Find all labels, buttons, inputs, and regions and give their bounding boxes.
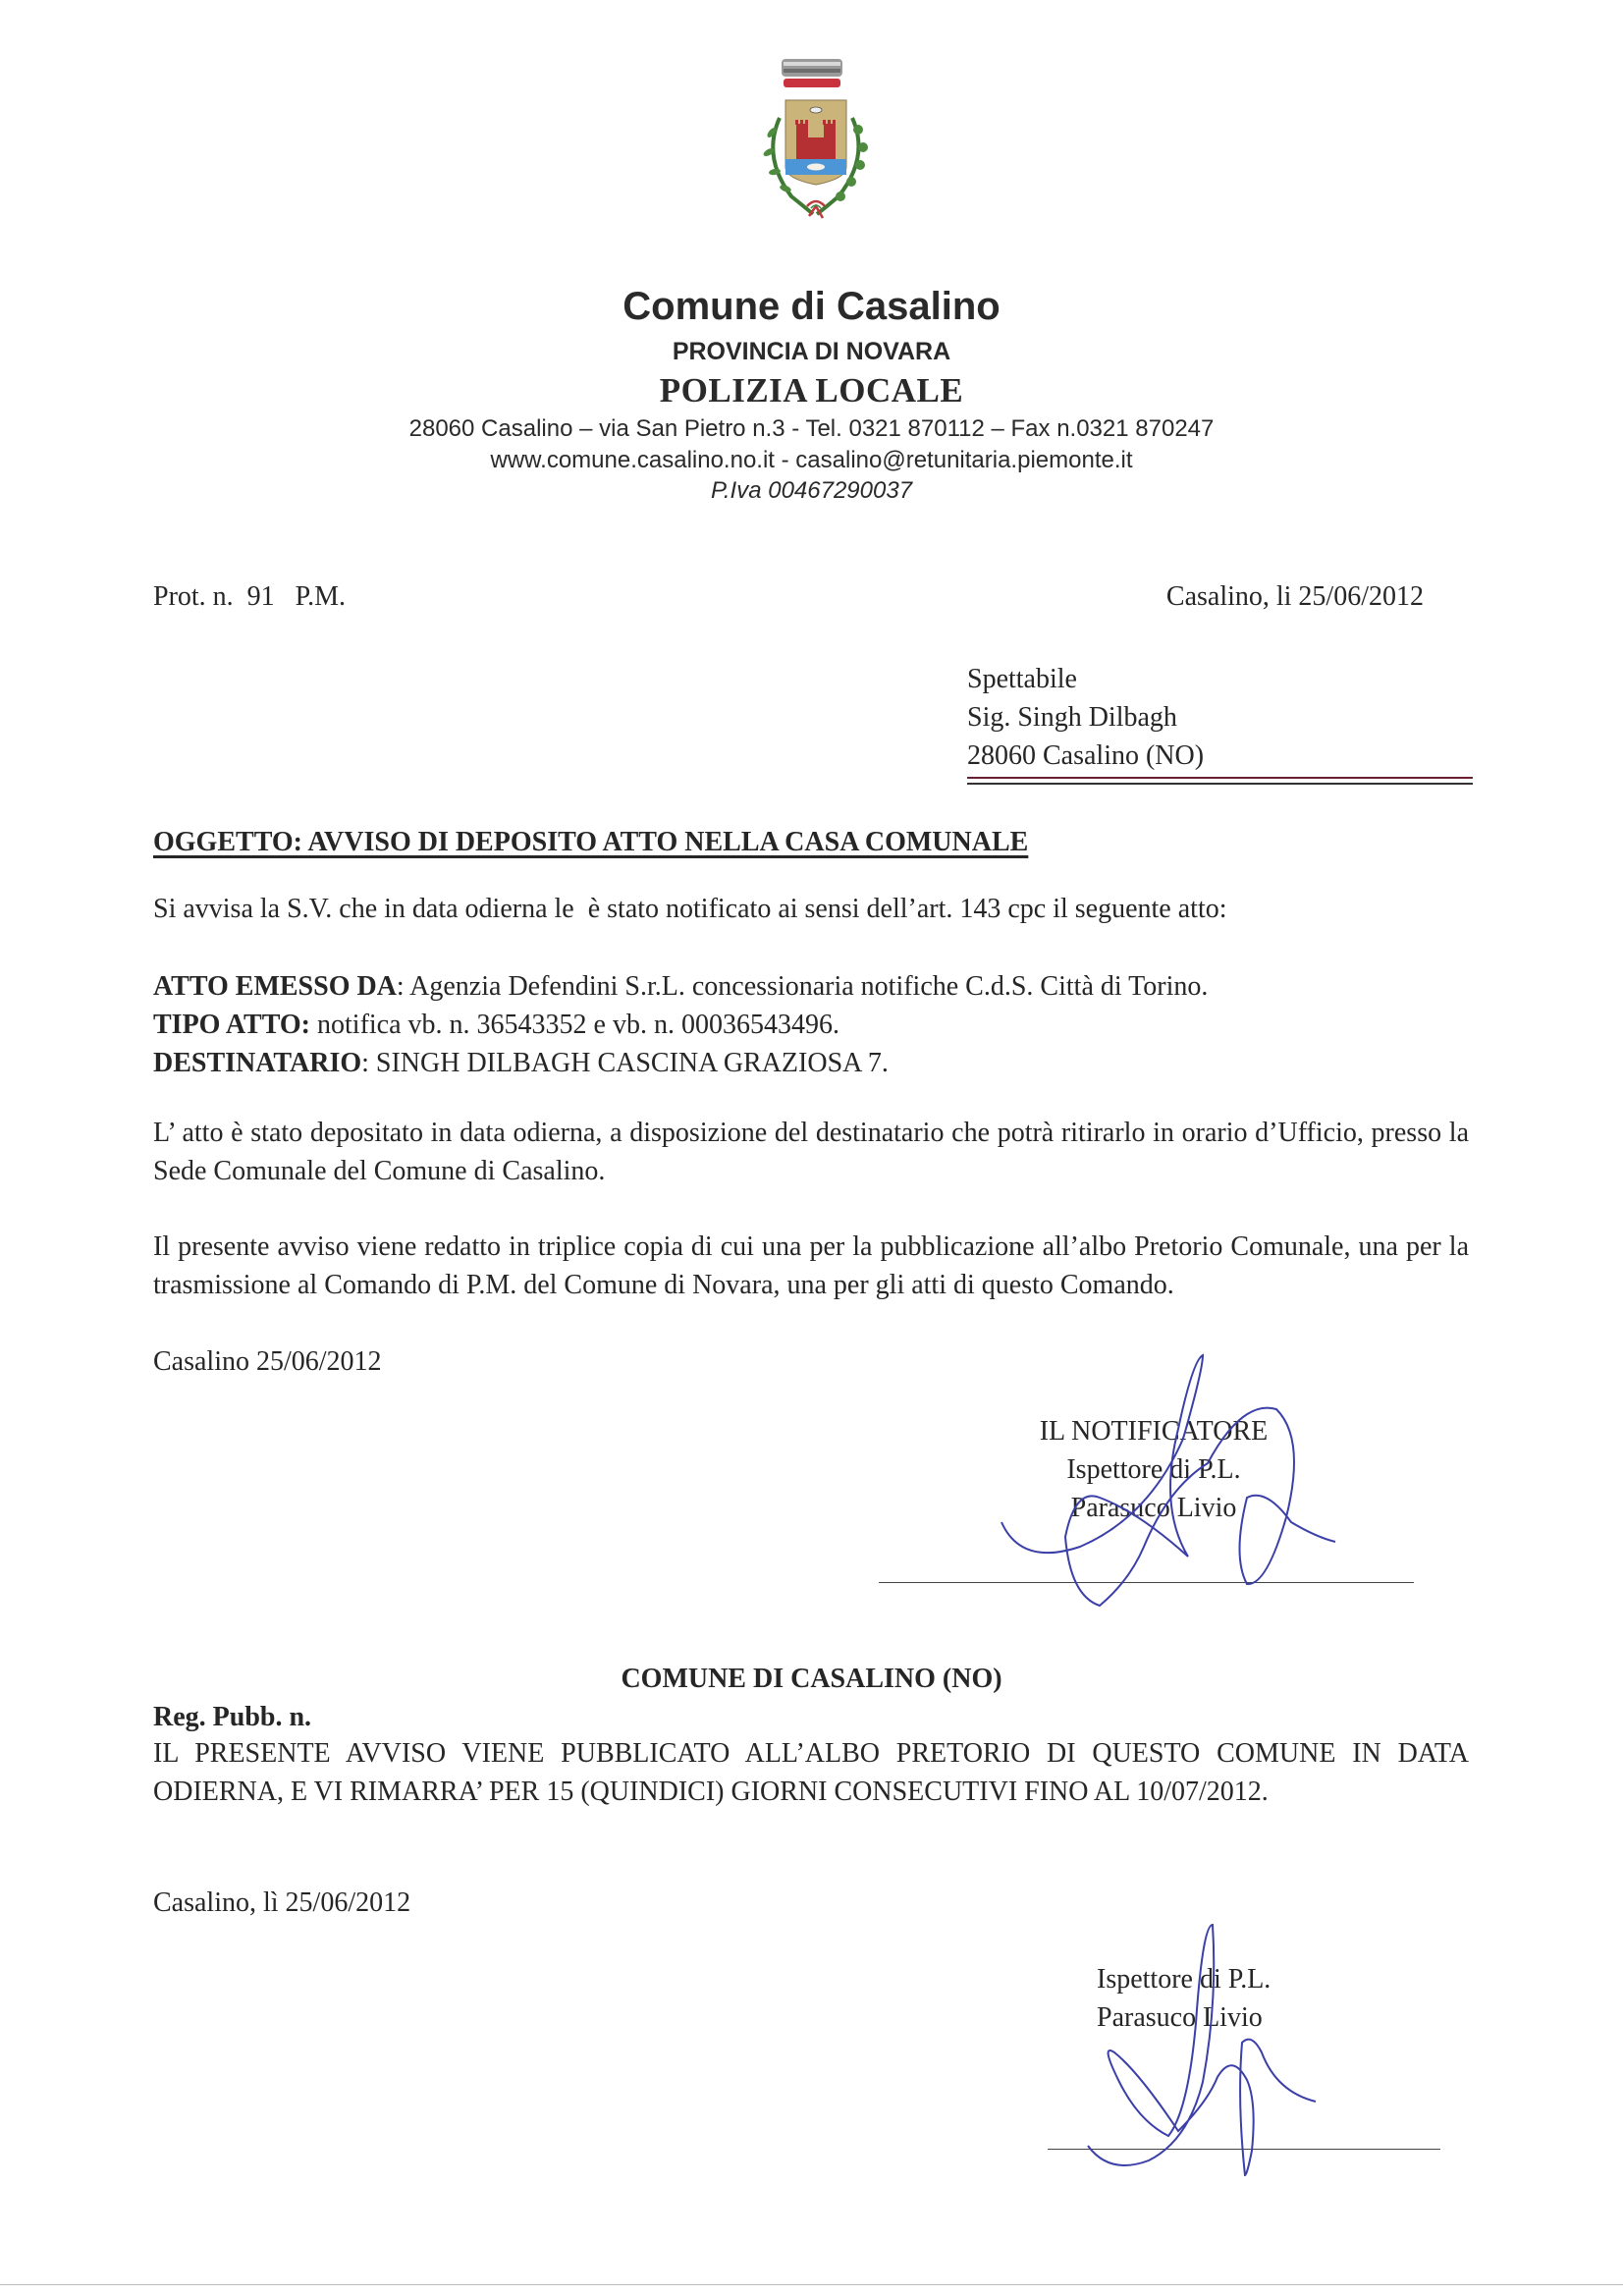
scan-edge — [0, 2284, 1623, 2285]
publication-date: Casalino, lì 25/06/2012 — [153, 1884, 410, 1922]
notifier-name: Parasuco Livio — [992, 1489, 1316, 1527]
municipal-crest-icon — [723, 59, 899, 231]
notifier-signature-block: IL NOTIFICATORE Ispettore di P.L. Parasu… — [992, 1412, 1316, 1527]
notifier-title: Ispettore di P.L. — [992, 1450, 1316, 1489]
act-issuer-value: : Agenzia Defendini S.r.L. concessionari… — [397, 971, 1208, 1002]
web-email-line: www.comune.casalino.no.it - casalino@ret… — [0, 447, 1623, 474]
letter-date: Casalino, li 25/06/2012 — [1166, 577, 1424, 616]
province-name: PROVINCIA DI NOVARA — [0, 338, 1623, 366]
office-name: POLIZIA LOCALE — [0, 371, 1623, 410]
municipality-name: Comune di Casalino — [0, 285, 1623, 329]
act-recipient-label: DESTINATARIO — [153, 1048, 361, 1078]
act-type-row: TIPO ATTO: notifica vb. n. 36543352 e vb… — [153, 1006, 1208, 1044]
notifier-role: IL NOTIFICATORE — [992, 1412, 1316, 1450]
publication-title: COMUNE DI CASALINO (NO) — [0, 1660, 1623, 1698]
recipient-name: Sig. Singh Dilbagh — [967, 698, 1204, 737]
protocol-number: Prot. n. 91 P.M. — [153, 577, 346, 616]
recipient-city: 28060 Casalino (NO) — [967, 737, 1204, 775]
act-type-value: notifica vb. n. 36543352 e vb. n. 000365… — [310, 1010, 839, 1040]
copies-paragraph: Il presente avviso viene redatto in trip… — [153, 1228, 1469, 1304]
recipient-block: Spettabile Sig. Singh Dilbagh 28060 Casa… — [967, 660, 1204, 775]
publication-register-number: Reg. Pubb. n. — [153, 1698, 311, 1736]
act-issuer-row: ATTO EMESSO DA: Agenzia Defendini S.r.L.… — [153, 967, 1208, 1006]
vat-number: P.Iva 00467290037 — [0, 477, 1623, 505]
signature-line — [1048, 2149, 1440, 2150]
place-date: Casalino 25/06/2012 — [153, 1342, 382, 1381]
publisher-name: Parasuco Livio — [1097, 1998, 1323, 2037]
recipient-salutation: Spettabile — [967, 660, 1204, 698]
act-details: ATTO EMESSO DA: Agenzia Defendini S.r.L.… — [153, 967, 1208, 1082]
act-issuer-label: ATTO EMESSO DA — [153, 971, 397, 1002]
publisher-signature-block: Ispettore di P.L. Parasuco Livio — [1097, 1960, 1323, 2037]
intro-paragraph: Si avvisa la S.V. che in data odierna le… — [153, 890, 1227, 928]
address-line: 28060 Casalino – via San Pietro n.3 - Te… — [0, 415, 1623, 443]
publication-notice: IL PRESENTE AVVISO VIENE PUBBLICATO ALL’… — [153, 1734, 1469, 1811]
publisher-title: Ispettore di P.L. — [1097, 1960, 1323, 1998]
act-recipient-value: : SINGH DILBAGH CASCINA GRAZIOSA 7. — [361, 1048, 889, 1078]
recipient-divider — [967, 777, 1473, 779]
act-type-label: TIPO ATTO: — [153, 1010, 310, 1040]
act-recipient-row: DESTINATARIO: SINGH DILBAGH CASCINA GRAZ… — [153, 1044, 1208, 1082]
recipient-divider — [967, 783, 1473, 785]
signature-line — [879, 1582, 1414, 1583]
deposit-paragraph: L’ atto è stato depositato in data odier… — [153, 1114, 1469, 1190]
subject-heading: OGGETTO: AVVISO DI DEPOSITO ATTO NELLA C… — [153, 823, 1028, 861]
handwritten-signature-icon — [1080, 1905, 1335, 2190]
